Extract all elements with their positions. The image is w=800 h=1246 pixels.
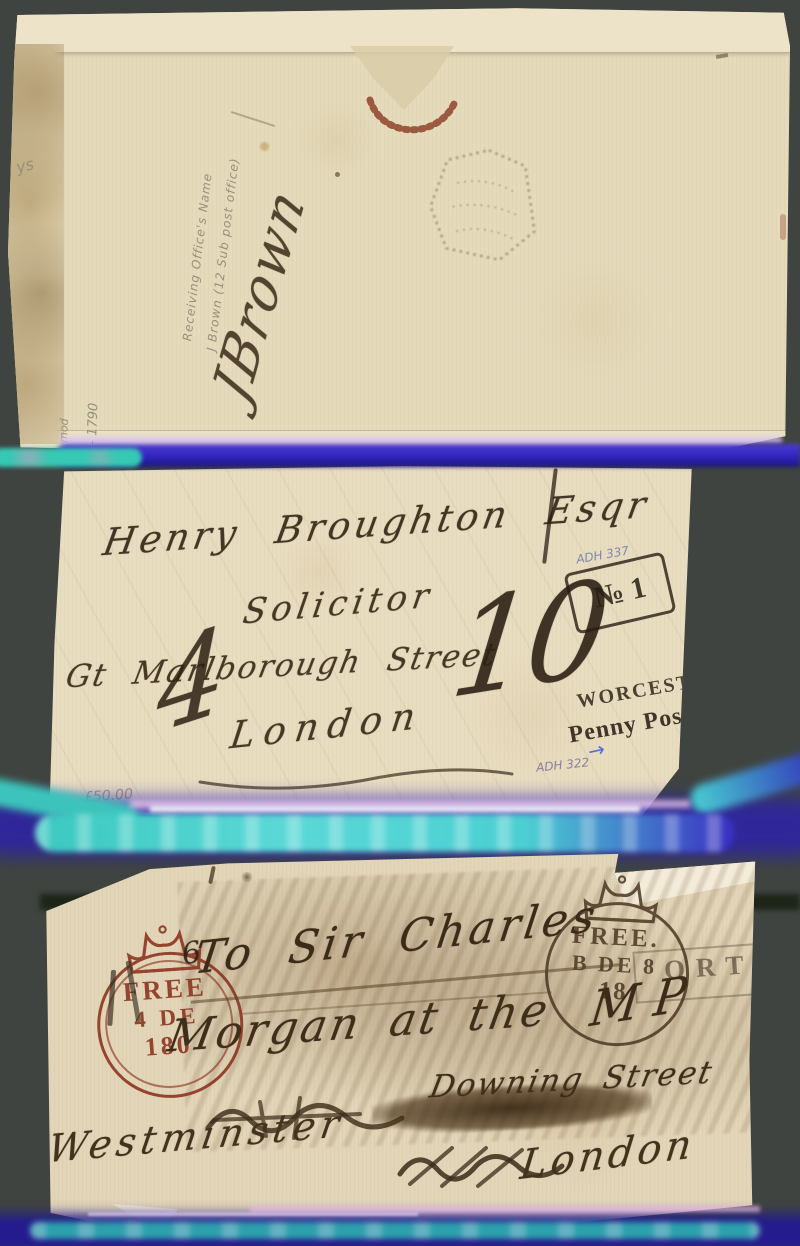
faint-triangular-postmark (419, 140, 549, 270)
letter2-paper: Henry Broughton Esqr Solicitor Gt Marlbo… (48, 466, 693, 822)
boxed-no1-text: № 1 (591, 571, 650, 616)
letter1-paper: Receiving Office's Name J Brown (12 Sub … (8, 6, 790, 454)
fold-crease (231, 111, 275, 127)
light-streak-teal-blob (0, 448, 142, 467)
flourish-underline (196, 752, 516, 796)
letter1-bottom-fold (8, 430, 790, 455)
wax-seal-remnant (364, 94, 460, 146)
stain-speck (335, 172, 340, 177)
ink-speck (240, 872, 254, 882)
letter1-torn-left-strip (8, 44, 64, 444)
light-streak2-right-hook (687, 745, 800, 818)
foxing-spot (260, 142, 269, 151)
photo-of-three-antique-letters: Receiving Office's Name J Brown (12 Sub … (0, 0, 800, 1246)
stain-speck (716, 53, 729, 59)
price-pencil: £50.00 (84, 786, 134, 805)
pencil-year: - 1790 (85, 403, 101, 445)
letter3-paper: FREE 4 DE 180 6 FREE. B DE 8 18 (42, 850, 758, 1232)
pencil-mod: mod (57, 418, 71, 443)
stain-speck (780, 214, 786, 240)
rate-mark-left: 4 (155, 601, 228, 761)
letter1-top-flap (8, 6, 790, 53)
